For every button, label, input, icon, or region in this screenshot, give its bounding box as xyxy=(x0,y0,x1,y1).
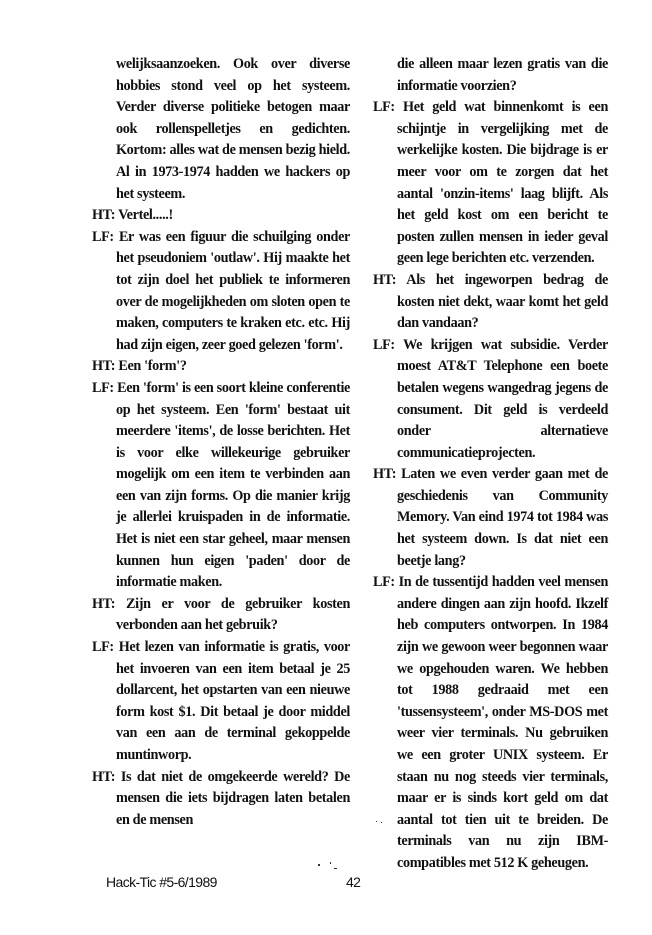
paragraph-lf: LF: Het geld wat binnenkomt is een schij… xyxy=(373,97,608,270)
right-column: die alleen maar lezen gratis van die inf… xyxy=(373,54,608,875)
paragraph-continuation: die alleen maar lezen gratis van die inf… xyxy=(373,54,608,97)
paragraph-ht: HT: Laten we even verder gaan met de ges… xyxy=(373,464,608,572)
speaker-label: HT: xyxy=(373,272,396,288)
page-number: 42 xyxy=(346,874,360,890)
paragraph-ht: HT: Als het ingeworpen bedrag de kosten … xyxy=(373,270,608,335)
paragraph-text: Er was een figuur die schuilging onder h… xyxy=(116,229,350,353)
left-column: welijksaanzoeken. Ook over diverse hobbi… xyxy=(92,54,350,831)
speaker-label: LF: xyxy=(92,229,114,245)
paragraph-lf: LF: Het lezen van informatie is gratis, … xyxy=(92,637,350,767)
paragraph-ht: HT: Een 'form'? xyxy=(92,356,350,378)
paragraph-ht: HT: Zijn er voor de gebruiker kosten ver… xyxy=(92,594,350,637)
paragraph-text: Vertel.....! xyxy=(118,207,173,223)
paragraph-text: Een 'form'? xyxy=(118,358,186,374)
paragraph-continuation: welijksaanzoeken. Ook over diverse hobbi… xyxy=(92,54,350,205)
speaker-label: HT: xyxy=(373,466,396,482)
speaker-label: HT: xyxy=(92,769,115,785)
speaker-label: LF: xyxy=(92,380,114,396)
paragraph-text: Laten we even verder gaan met de geschie… xyxy=(397,466,608,568)
paragraph-lf: LF: We krijgen wat subsidie. Verder moes… xyxy=(373,335,608,465)
paragraph-text: welijksaanzoeken. Ook over diverse hobbi… xyxy=(116,56,350,202)
paragraph-lf: LF: Er was een figuur die schuilging ond… xyxy=(92,227,350,357)
scan-speck xyxy=(318,864,320,866)
paragraph-lf: LF: In de tussentijd hadden veel mensen … xyxy=(373,572,608,874)
paragraph-text: We krijgen wat subsidie. Verder moest AT… xyxy=(397,337,608,461)
paragraph-text: Zijn er voor de gebruiker kosten verbond… xyxy=(116,596,350,634)
speaker-label: LF: xyxy=(92,639,114,655)
scan-speck xyxy=(330,862,331,864)
speaker-label: HT: xyxy=(92,358,115,374)
paragraph-text: Een 'form' is een soort kleine conferent… xyxy=(116,380,350,590)
paragraph-text: Het lezen van informatie is gratis, voor… xyxy=(116,639,350,763)
scan-speck xyxy=(376,821,377,822)
speaker-label: LF: xyxy=(373,337,395,353)
paragraph-text: Als het ingeworpen bedrag de kosten niet… xyxy=(397,272,608,331)
paragraph-text: Is dat niet de omgekeerde wereld? De men… xyxy=(116,769,350,828)
paragraph-ht: HT: Vertel.....! xyxy=(92,205,350,227)
speaker-label: LF: xyxy=(373,99,395,115)
scan-speck xyxy=(334,868,337,869)
paragraph-text: die alleen maar lezen gratis van die inf… xyxy=(397,56,608,94)
publication-footer: Hack-Tic #5-6/1989 xyxy=(106,874,217,890)
paragraph-text: In de tussentijd hadden veel mensen ande… xyxy=(397,574,608,871)
scan-speck xyxy=(381,822,382,823)
speaker-label: LF: xyxy=(373,574,395,590)
paragraph-lf: LF: Een 'form' is een soort kleine confe… xyxy=(92,378,350,594)
paragraph-ht: HT: Is dat niet de omgekeerde wereld? De… xyxy=(92,767,350,832)
speaker-label: HT: xyxy=(92,596,115,612)
paragraph-text: Het geld wat binnenkomt is een schijntje… xyxy=(397,99,608,266)
speaker-label: HT: xyxy=(92,207,115,223)
